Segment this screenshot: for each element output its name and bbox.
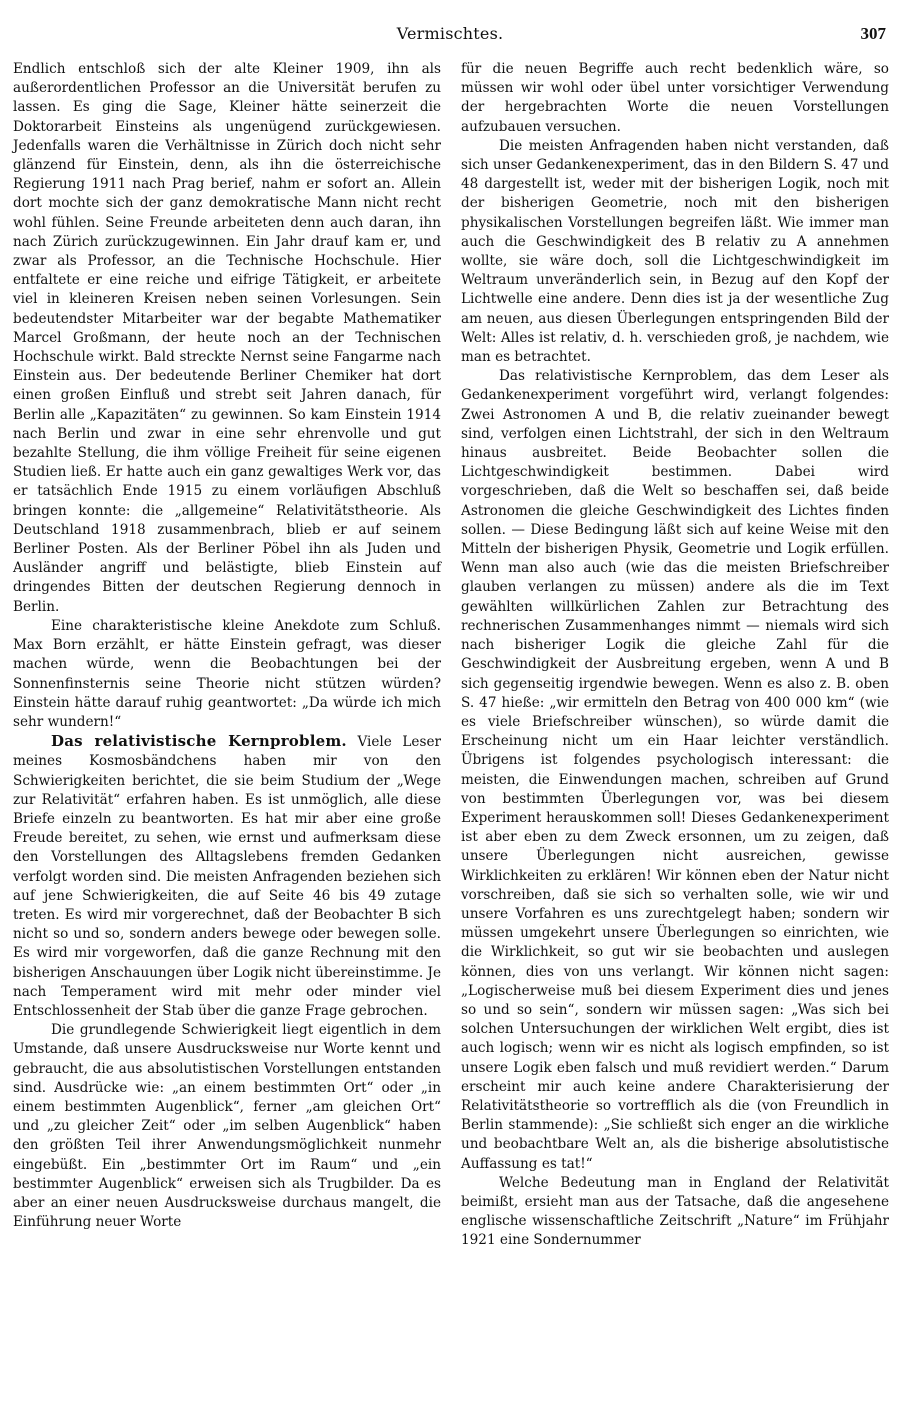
page-header: Vermischtes. 307 xyxy=(0,0,900,50)
paragraph: Eine charakteristische kleine Anekdote z… xyxy=(13,617,441,732)
left-column: Endlich entschloß sich der alte Kleiner … xyxy=(13,60,441,1232)
paragraph-text: Viele Leser meines Kosmosbändchens haben… xyxy=(13,734,441,1019)
paragraph: Endlich entschloß sich der alte Kleiner … xyxy=(13,60,441,617)
paragraph: Die grundlegende Schwierigkeit liegt eig… xyxy=(13,1021,441,1232)
paragraph: für die neuen Begriffe auch recht bedenk… xyxy=(461,60,889,137)
page-number: 307 xyxy=(861,24,887,44)
paragraph: Das relativistische Kernproblem, das dem… xyxy=(461,367,889,1174)
running-title: Vermischtes. xyxy=(0,24,900,43)
paragraph: Welche Bedeutung man in England der Rela… xyxy=(461,1174,889,1251)
paragraph: Die meisten Anfragenden haben nicht vers… xyxy=(461,137,889,367)
section-paragraph: Das relativistische Kernproblem. Viele L… xyxy=(13,732,441,1021)
right-column: für die neuen Begriffe auch recht bedenk… xyxy=(461,60,889,1251)
section-heading: Das relativistische Kernproblem. xyxy=(51,732,347,750)
